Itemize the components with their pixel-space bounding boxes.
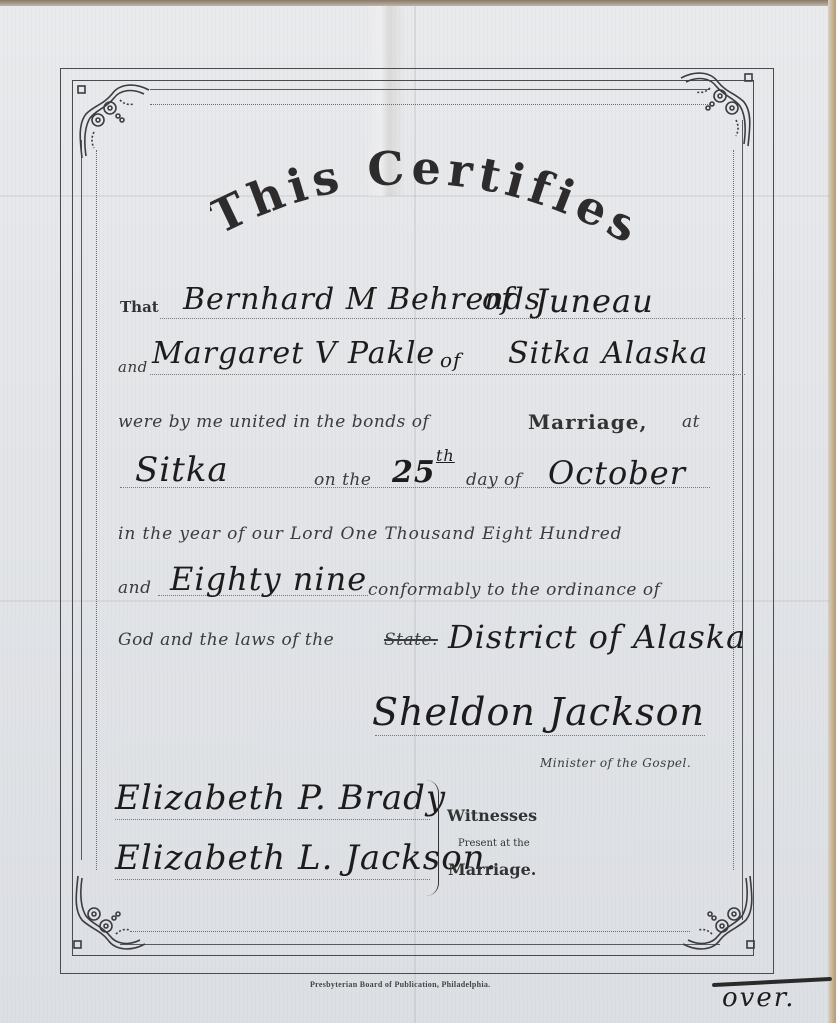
witness-name-2: Elizabeth L. Jackson. [115, 838, 497, 878]
label-and: and [118, 358, 148, 376]
day-suffix: th [436, 446, 455, 465]
struck-word: State. [384, 630, 438, 650]
corner-ornament-icon [678, 872, 758, 952]
title-text: This Certifies [210, 140, 630, 250]
printed-day-of: day of [466, 470, 522, 490]
label-of: of [482, 282, 513, 317]
corner-ornament-icon [74, 82, 154, 162]
witness-brace [426, 780, 439, 896]
marriage-label: Marriage. [448, 860, 536, 879]
place: Sitka [135, 450, 229, 490]
witnesses-label-sub: Present at the [458, 838, 530, 849]
fill-line [160, 318, 745, 319]
witness-line [115, 819, 430, 820]
printed-conformably: conformably to the ordinance of [368, 580, 660, 600]
label-of: of [440, 348, 461, 372]
frame-dotted-rule [130, 931, 690, 932]
witness-name-1: Elizabeth P. Brady [115, 778, 446, 818]
frame-rule [150, 89, 710, 90]
witnesses-label: Witnesses [447, 806, 537, 825]
groom-residence: Juneau [535, 282, 654, 320]
svg-text:This Certifies: This Certifies [210, 140, 630, 250]
month: October [548, 454, 686, 492]
corner-ornament-icon [70, 872, 150, 952]
background-edge-right [828, 0, 836, 1023]
corner-ornament-icon [676, 70, 756, 150]
frame-dotted-rule [150, 104, 710, 105]
bride-name: Margaret V Pakle [152, 336, 435, 371]
publisher-imprint: Presbyterian Board of Publication, Phila… [310, 980, 491, 989]
printed-united-text: were by me united in the bonds of [118, 412, 429, 432]
officiant-title: Minister of the Gospel. [540, 756, 691, 770]
day-number: 25 [392, 455, 436, 490]
printed-and: and [118, 578, 151, 598]
jurisdiction: District of Alaska [448, 618, 746, 656]
year-handwritten: Eighty nine [170, 560, 367, 598]
printed-on-the: on the [314, 470, 371, 490]
signature-line [375, 735, 705, 736]
frame-rule [742, 120, 743, 920]
certificate-title: This Certifies [210, 140, 630, 250]
bride-residence: Sitka Alaska [508, 336, 708, 371]
label-that: That [120, 298, 159, 316]
frame-dotted-rule [96, 150, 97, 870]
witness-line [115, 879, 430, 880]
officiant-signature: Sheldon Jackson [372, 690, 705, 734]
printed-at: at [682, 412, 700, 432]
printed-year-text: in the year of our Lord One Thousand Eig… [118, 524, 622, 544]
printed-laws-text: God and the laws of the [118, 630, 334, 650]
fill-line [150, 374, 745, 375]
frame-rule [120, 944, 720, 945]
frame-dotted-rule [733, 150, 734, 870]
over-annotation: over. [722, 983, 796, 1013]
frame-rule [81, 140, 82, 860]
marriage-word: Marriage, [528, 410, 647, 434]
